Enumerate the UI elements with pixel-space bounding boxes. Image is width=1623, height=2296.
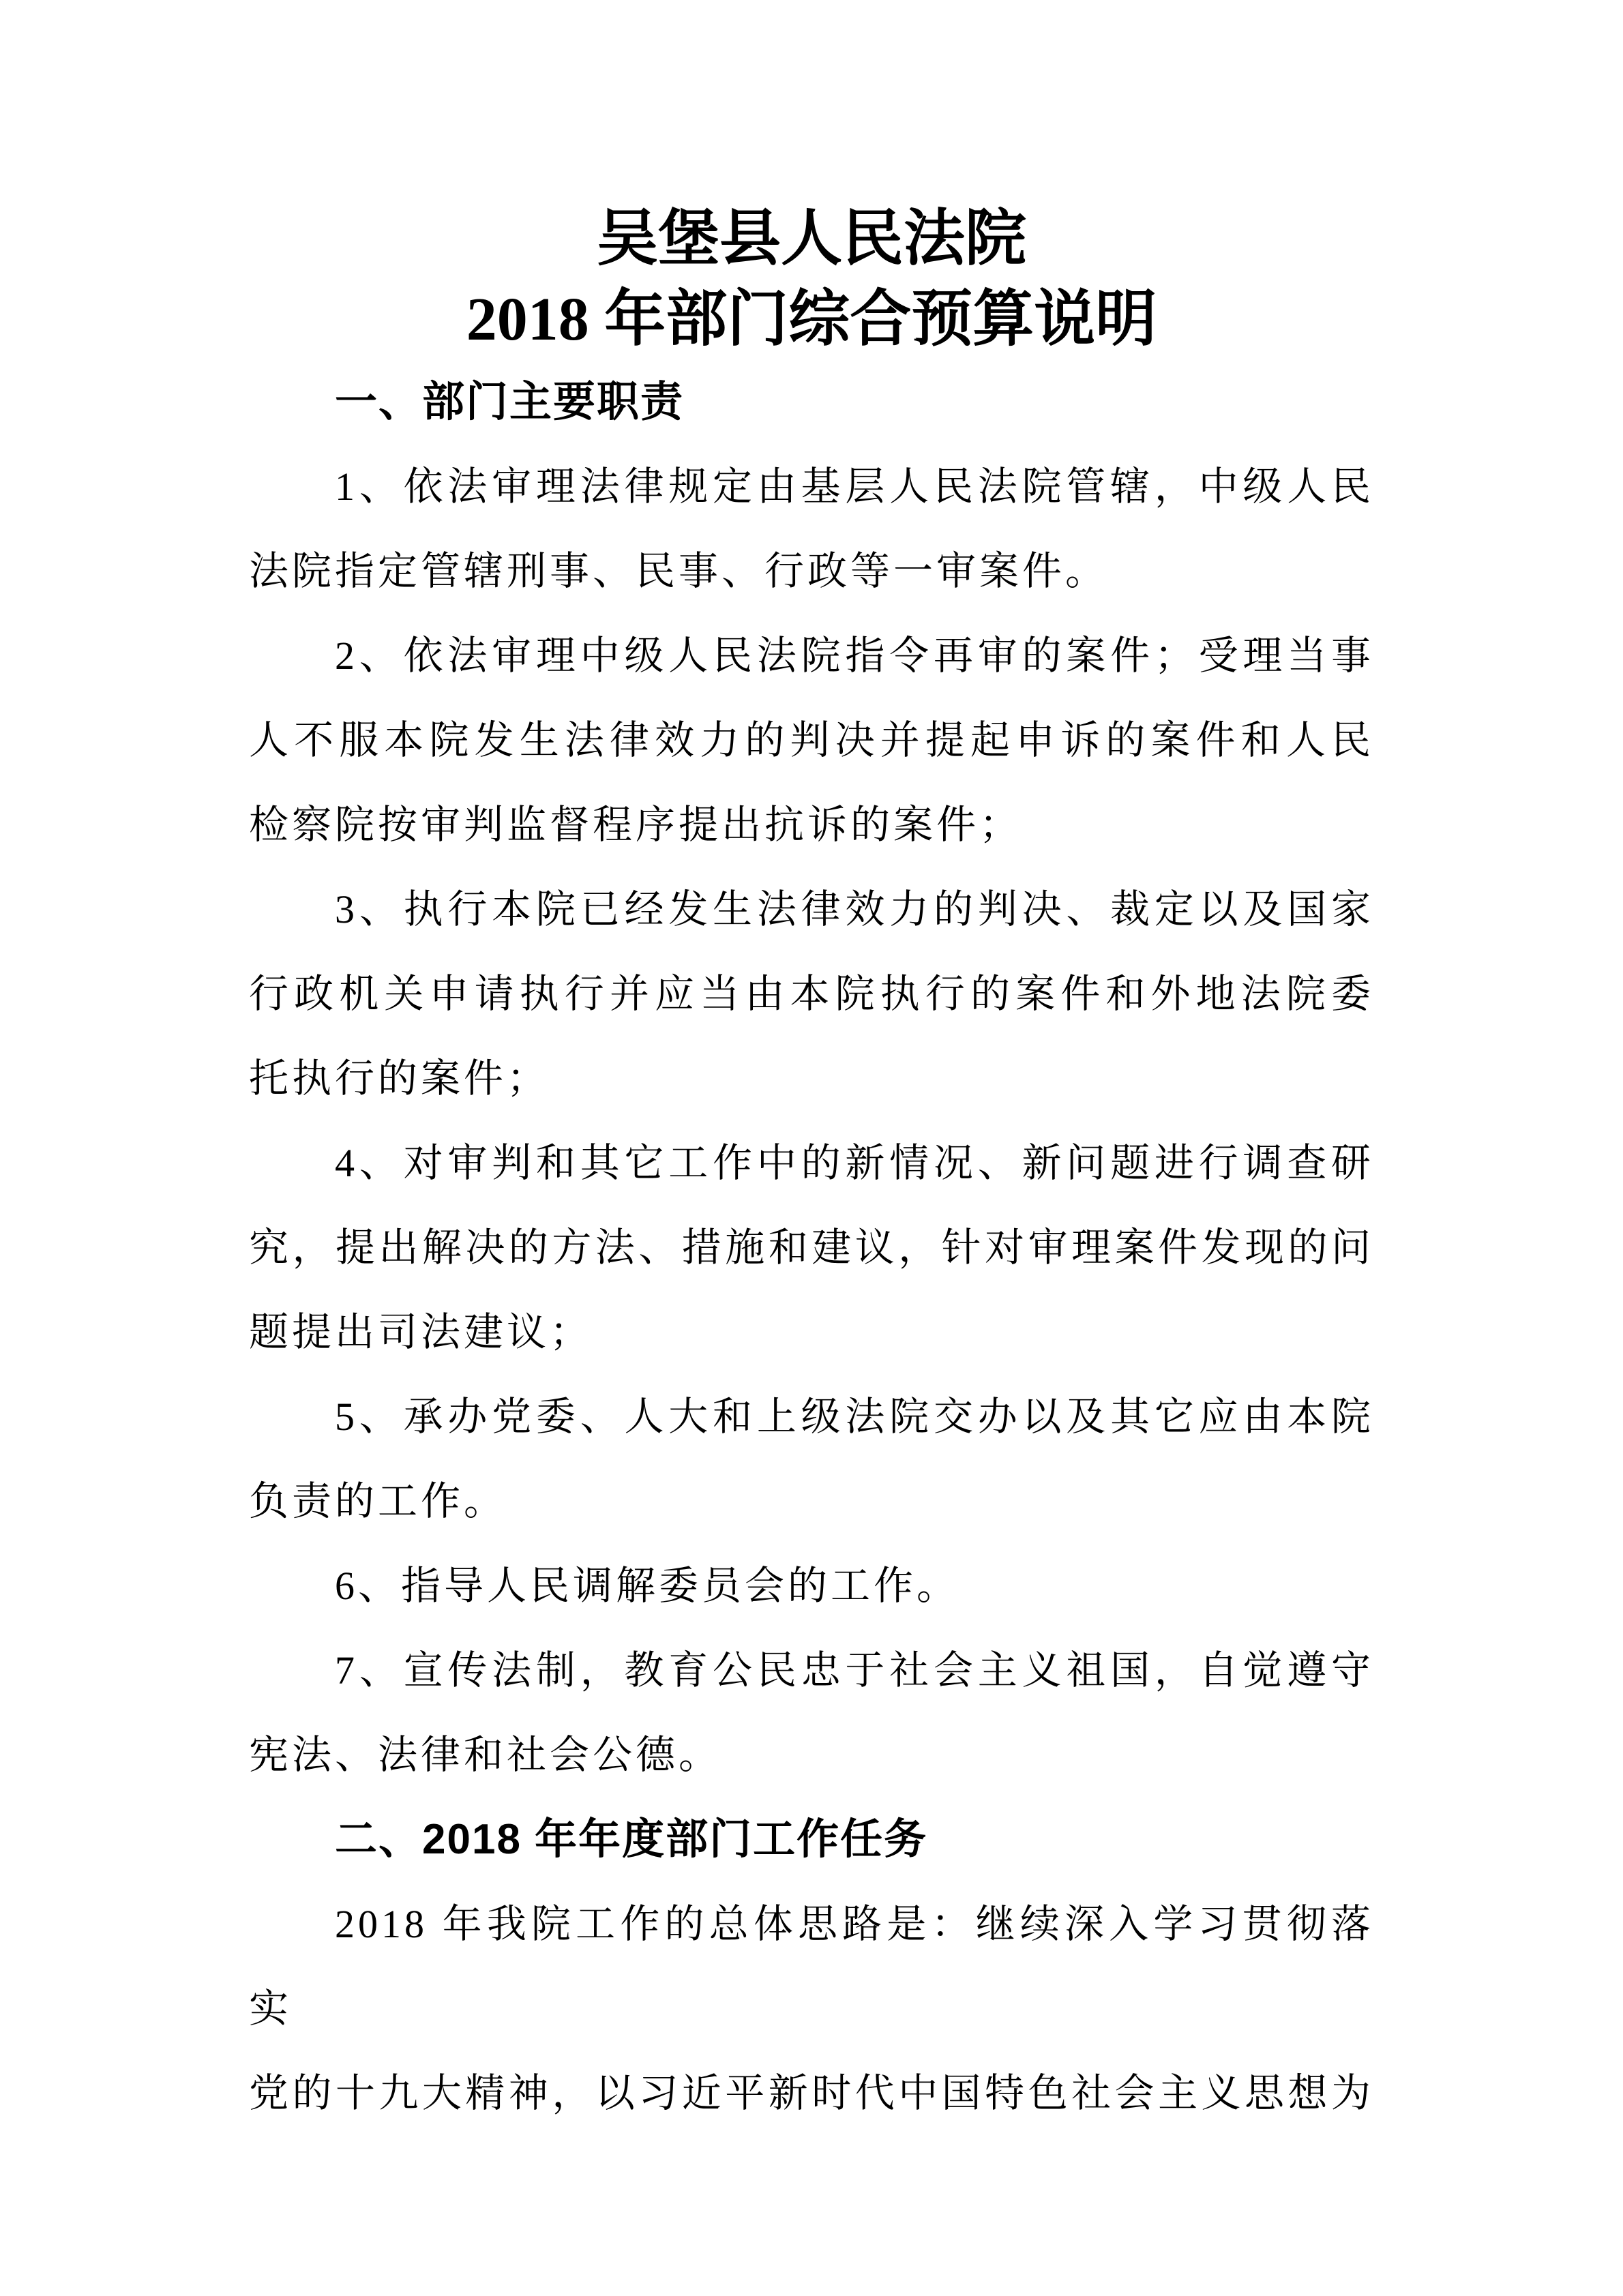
paragraph-line: 负责的工作。 bbox=[249, 1459, 1374, 1544]
document-body: 一、部门主要职责 1、依法审理法律规定由基层人民法院管辖，中级人民 法院指定管辖… bbox=[249, 360, 1374, 2136]
paragraph-line: 人不服本院发生法律效力的判决并提起申诉的案件和人民 bbox=[249, 698, 1374, 783]
paragraph-duty-2: 2、依法审理中级人民法院指令再审的案件；受理当事 人不服本院发生法律效力的判决并… bbox=[249, 614, 1374, 867]
paragraph-line: 宪法、法律和社会公德。 bbox=[249, 1713, 1374, 1798]
paragraph-line: 1、依法审理法律规定由基层人民法院管辖，中级人民 bbox=[249, 445, 1374, 529]
paragraph-duty-7: 7、宣传法制，教育公民忠于社会主义祖国，自觉遵守 宪法、法律和社会公德。 bbox=[249, 1628, 1374, 1798]
paragraph-line: 党的十九大精神，以习近平新时代中国特色社会主义思想为 bbox=[249, 2051, 1374, 2136]
paragraph-line: 7、宣传法制，教育公民忠于社会主义祖国，自觉遵守 bbox=[249, 1628, 1374, 1713]
paragraph-line: 2018 年我院工作的总体思路是：继续深入学习贯彻落实 bbox=[249, 1882, 1374, 2051]
paragraph-line: 6、指导人民调解委员会的工作。 bbox=[249, 1544, 1374, 1628]
paragraph-line: 4、对审判和其它工作中的新情况、新问题进行调查研 bbox=[249, 1121, 1374, 1206]
document-page: 吴堡县人民法院 2018 年部门综合预算说明 一、部门主要职责 1、依法审理法律… bbox=[0, 0, 1623, 2296]
paragraph-line: 法院指定管辖刑事、民事、行政等一审案件。 bbox=[249, 529, 1374, 614]
paragraph-duty-3: 3、执行本院已经发生法律效力的判决、裁定以及国家 行政机关申请执行并应当由本院执… bbox=[249, 867, 1374, 1121]
paragraph-duty-6: 6、指导人民调解委员会的工作。 bbox=[249, 1544, 1374, 1628]
section-heading-1: 一、部门主要职责 bbox=[249, 360, 1374, 445]
document-title-line2: 2018 年部门综合预算说明 bbox=[249, 280, 1374, 360]
paragraph-work-plan: 2018 年我院工作的总体思路是：继续深入学习贯彻落实 党的十九大精神，以习近平… bbox=[249, 1882, 1374, 2136]
paragraph-line: 检察院按审判监督程序提出抗诉的案件； bbox=[249, 783, 1374, 867]
paragraph-duty-5: 5、承办党委、人大和上级法院交办以及其它应由本院 负责的工作。 bbox=[249, 1375, 1374, 1544]
section-heading-2: 二、2018 年年度部门工作任务 bbox=[249, 1798, 1374, 1882]
paragraph-line: 3、执行本院已经发生法律效力的判决、裁定以及国家 bbox=[249, 867, 1374, 952]
document-title-line1: 吴堡县人民法院 bbox=[249, 199, 1374, 280]
paragraph-line: 5、承办党委、人大和上级法院交办以及其它应由本院 bbox=[249, 1375, 1374, 1459]
paragraph-line: 究，提出解决的方法、措施和建议，针对审理案件发现的问 bbox=[249, 1206, 1374, 1290]
paragraph-duty-1: 1、依法审理法律规定由基层人民法院管辖，中级人民 法院指定管辖刑事、民事、行政等… bbox=[249, 445, 1374, 614]
paragraph-duty-4: 4、对审判和其它工作中的新情况、新问题进行调查研 究，提出解决的方法、措施和建议… bbox=[249, 1121, 1374, 1375]
paragraph-line: 题提出司法建议； bbox=[249, 1290, 1374, 1375]
paragraph-line: 托执行的案件； bbox=[249, 1037, 1374, 1121]
paragraph-line: 行政机关申请执行并应当由本院执行的案件和外地法院委 bbox=[249, 952, 1374, 1037]
paragraph-line: 2、依法审理中级人民法院指令再审的案件；受理当事 bbox=[249, 614, 1374, 698]
